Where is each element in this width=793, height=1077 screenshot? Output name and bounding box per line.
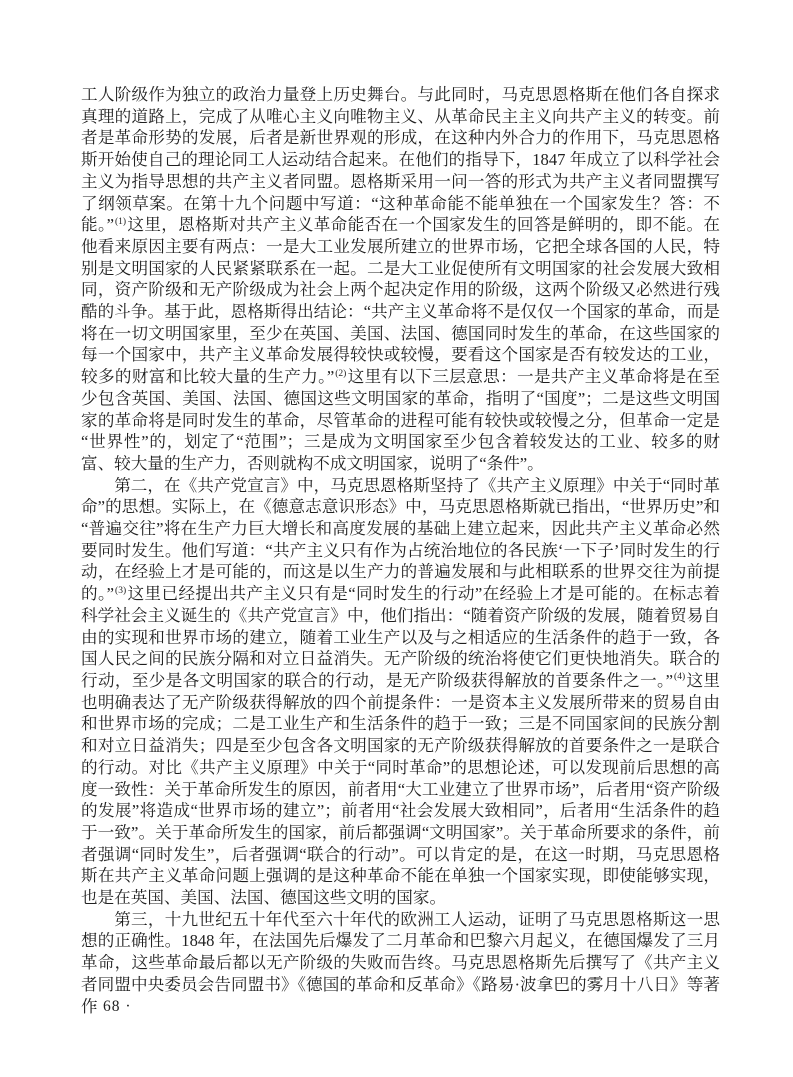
text-run: 这里也明确表达了无产阶级获得解放的四个前提条件：一是资本主义发展所带来的贸易自由…	[81, 671, 720, 907]
text-run: 这里已经提出共产主义只有是“同时发生的行动”在经验上才是可能的。在标志着科学社会…	[81, 584, 720, 690]
paragraph: 工人阶级作为独立的政治力量登上历史舞台。与此同时，马克思恩格斯在他们各自探求真理…	[81, 84, 720, 475]
article-body: 工人阶级作为独立的政治力量登上历史舞台。与此同时，马克思恩格斯在他们各自探求真理…	[81, 84, 720, 1017]
text-run: 第三，十九世纪五十年代至六十年代的欧洲工人运动，证明了马克思恩格斯这一思想的正确…	[81, 910, 720, 1016]
page-number: · 68 ·	[92, 998, 132, 1016]
paragraph: 第二，在《共产党宣言》中，马克思恩格斯坚持了《共产主义原理》中关于“同时革命”的…	[81, 475, 720, 909]
footnote-ref: (2)	[334, 369, 347, 379]
footnote-ref: (1)	[114, 217, 127, 227]
book-page: 工人阶级作为独立的政治力量登上历史舞台。与此同时，马克思恩格斯在他们各自探求真理…	[0, 0, 793, 1077]
footnote-ref: (3)	[114, 586, 127, 596]
footnote-ref: (4)	[673, 672, 686, 682]
text-run: 这里，恩格斯对共产主义革命能否在一个国家发生的回答是鲜明的，即不能。在他看来原因…	[81, 215, 720, 386]
paragraph: 第三，十九世纪五十年代至六十年代的欧洲工人运动，证明了马克思恩格斯这一思想的正确…	[81, 909, 720, 1018]
text-run: 工人阶级作为独立的政治力量登上历史舞台。与此同时，马克思恩格斯在他们各自探求真理…	[81, 85, 720, 234]
